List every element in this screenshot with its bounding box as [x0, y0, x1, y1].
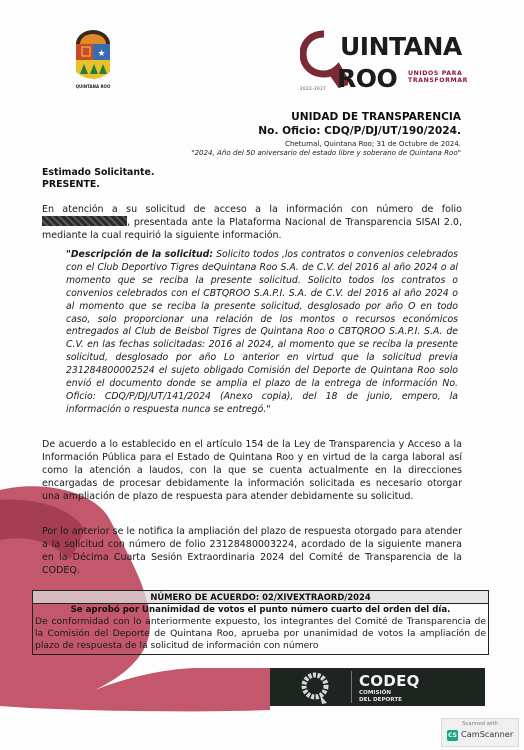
document-page: ★ QUINTANA ROO UINTANA ROO UNIDOS PARA T… [0, 0, 524, 750]
oficio-number: No. Oficio: CDQ/P/DJ/UT/190/2024. [191, 124, 461, 138]
svg-text:★: ★ [97, 49, 105, 59]
law-paragraph: De acuerdo a lo establecido en el artícu… [42, 438, 462, 503]
slogan-line-2: TRANSFORMAR [408, 77, 468, 84]
logo-word-roo: ROO [337, 64, 397, 93]
agreement-box: NÚMERO DE ACUERDO: 02/XIVEXTRAORD/2024 S… [32, 590, 489, 655]
codeq-title: CODEQ [359, 672, 420, 690]
codeq-sub-line-1: COMISIÓN [359, 690, 402, 697]
camscanner-icon: CS [447, 730, 458, 741]
intro-paragraph: En atención a su solicitud de acceso a l… [42, 203, 462, 242]
codeq-sub-line-2: DEL DEPORTE [359, 697, 402, 704]
slogan-line-1: UNIDOS PARA [408, 70, 468, 77]
request-description: "Descripción de la solicitud: Solicito t… [66, 249, 458, 417]
codeq-footer-band: CODEQ COMISIÓN DEL DEPORTE [270, 668, 485, 706]
greeting-line-1: Estimado Solicitante. [42, 167, 154, 179]
greeting: Estimado Solicitante. PRESENTE. [42, 167, 154, 191]
unit-title: UNIDAD DE TRANSPARENCIA [191, 110, 461, 124]
crest-label: QUINTANA ROO [60, 84, 126, 89]
request-label: "Descripción de la solicitud: [66, 249, 213, 260]
greeting-line-2: PRESENTE. [42, 179, 154, 191]
scanner-brand: CamScanner [461, 729, 513, 739]
codeq-emblem-icon [300, 671, 330, 705]
state-crest-icon: ★ [70, 30, 116, 86]
place-date: Chetumal, Quintana Roo; 31 de Octubre de… [191, 139, 461, 148]
intro-text-start: En atención a su solicitud de acceso a l… [42, 204, 462, 215]
logo-word-quintana: UINTANA [340, 32, 462, 61]
scanner-label: Scanned with [442, 721, 518, 727]
document-header: UNIDAD DE TRANSPARENCIA No. Oficio: CDQ/… [191, 110, 461, 157]
agreement-heading: NÚMERO DE ACUERDO: 02/XIVEXTRAORD/2024 [33, 591, 488, 604]
quintana-roo-logo: UINTANA ROO UNIDOS PARA TRANSFORMAR 2022… [300, 28, 480, 98]
agreement-approval: Se aprobó por Unanimidad de votos el pun… [33, 604, 488, 616]
camscanner-watermark: Scanned with CS CamScanner [441, 718, 519, 747]
logo-years: 2022-2027 [300, 86, 326, 91]
agreement-body: De conformidad con lo anteriormente expu… [33, 616, 488, 654]
codeq-divider [351, 671, 352, 703]
request-text: Solicito todos ,los contratos o convenio… [66, 249, 458, 415]
codeq-subtitle: COMISIÓN DEL DEPORTE [359, 690, 402, 704]
year-motto: "2024, Año del 50 aniversario del estado… [191, 148, 461, 157]
logo-slogan: UNIDOS PARA TRANSFORMAR [408, 70, 468, 84]
redacted-folio [42, 216, 127, 226]
notice-paragraph: Por lo anterior se le notifica la amplia… [42, 525, 462, 577]
